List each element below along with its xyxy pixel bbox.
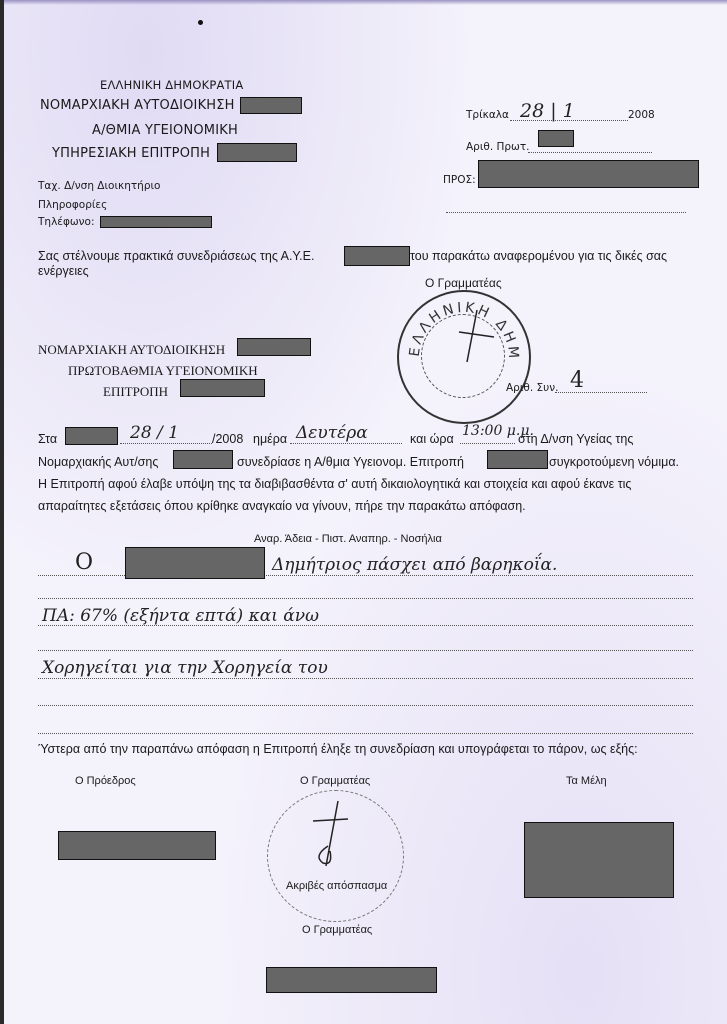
to-label: ΠΡΟΣ: <box>443 174 476 186</box>
committee-heading: ΥΠΗΡΕΣΙΑΚΗ ΕΠΙΤΡΟΠΗ <box>52 146 210 161</box>
redacted-committee-name <box>344 246 410 266</box>
city-label: Τρίκαλα <box>466 109 509 121</box>
redacted-session-committee <box>487 450 548 469</box>
handwritten-decision-line3: Χορηγείται για την Χορηγεία του <box>42 658 328 678</box>
redacted-phone <box>100 216 212 228</box>
redacted-session-prefecture <box>173 450 233 469</box>
address-label: Ταχ. Δ/νση Διοικητήριο <box>38 180 160 192</box>
president-label: Ο Πρόεδρος <box>75 775 136 787</box>
year-label: 2008 <box>628 109 655 121</box>
session-time-label: και ώρα <box>410 432 454 446</box>
handwritten-session-day: Δευτέρα <box>296 423 368 443</box>
redacted-minutes-prefecture <box>237 338 311 356</box>
handwritten-session-date: 28 / 1 <box>130 423 179 443</box>
decision-title: Αναρ. Άδεια - Πιστ. Αναπηρ. - Νοσήλια <box>254 533 442 545</box>
ink-speck <box>198 20 203 25</box>
minutes-committee: ΕΠΙΤΡΟΠΗ <box>103 384 168 400</box>
session-day-dotted-line <box>290 443 402 444</box>
protocol-label: Αριθ. Πρωτ. <box>466 141 530 153</box>
session-number-label: Αριθ. Συν. <box>506 382 558 394</box>
scan-top-edge <box>0 0 727 5</box>
decision-line-6 <box>38 705 693 706</box>
handwritten-decision-prefix: Ο <box>75 550 93 575</box>
decision-line-5 <box>38 678 693 679</box>
intro-text-before: Σας στέλνουμε πρακτικά συνεδριάσεως της … <box>38 249 314 263</box>
svg-text:ΕΛΛΗΝΙΚΗ ΔΗΜΟΚΡΑΤΙΑ: ΕΛΛΗΝΙΚΗ ΔΗΜΟΚΡΑΤΙΑ <box>399 292 521 362</box>
seal-signature-icon: ΕΛΛΗΝΙΚΗ ΔΗΜΟΚΡΑΤΙΑ <box>399 292 529 422</box>
redacted-recipient <box>478 160 699 188</box>
certified-label: Ακριβές απόσπασμα <box>286 880 387 892</box>
session-year: /2008 <box>212 432 243 446</box>
intro-text-line2: ενέργειες <box>38 264 89 278</box>
session-line3: Η Επιτροπή αφού έλαβε υπόψη της τα διαβι… <box>38 477 631 491</box>
certified-signature-icon <box>268 791 403 921</box>
secretary-label: Ο Γραμματέας <box>300 775 370 787</box>
redacted-president-signature <box>58 831 216 860</box>
session-dotted-line <box>555 392 647 393</box>
health-dept-heading: Α/ΘΜΙΑ ΥΓΕΙΟΝΟΜΙΚΗ <box>92 123 238 138</box>
session-line4: απαραίτητες εξετάσεις όπου κρίθηκε αναγκ… <box>38 499 526 513</box>
session-line2-a: Νομαρχιακής Αυτ/σης <box>38 455 158 469</box>
redacted-protocol <box>538 130 574 147</box>
session-day-label: ημέρα <box>253 432 287 446</box>
recipient-dotted-line <box>446 212 686 213</box>
republic-heading: ΕΛΛΗΝΙΚΗ ΔΗΜΟΚΡΑΤΙΑ <box>100 78 243 92</box>
redacted-members-signatures <box>524 822 674 898</box>
redacted-session-place <box>65 427 118 445</box>
redacted-prefecture <box>240 97 302 114</box>
redacted-secretary-signature <box>266 967 437 993</box>
session-at-label: Στα <box>38 432 57 446</box>
handwritten-date: 28 | 1 <box>520 100 575 122</box>
decision-line-7 <box>38 733 693 734</box>
intro-text-after: του παρακάτω αναφερομένου για τις δικές … <box>410 249 667 263</box>
redacted-committee <box>217 143 297 162</box>
phone-label: Τηλέφωνο: <box>38 216 95 228</box>
certified-secretary-label: Ο Γραμματέας <box>302 924 372 936</box>
handwritten-decision-line1: Δημήτριος πάσχει από βαρηκοΐα. <box>272 555 557 575</box>
session-time-dotted-line <box>460 443 515 444</box>
session-line2-c: συγκροτούμενη νόμιμα. <box>549 455 679 469</box>
minutes-health-dept: ΠΡΩΤΟΒΑΘΜΙΑ ΥΓΕΙΟΝΟΜΙΚΗ <box>68 363 258 379</box>
certified-seal-stamp <box>267 790 404 922</box>
decision-line-4 <box>38 650 693 651</box>
protocol-dotted-line <box>528 152 652 153</box>
redacted-minutes-committee <box>180 379 265 397</box>
redacted-patient-name <box>125 547 265 579</box>
official-seal-stamp: ΕΛΛΗΝΙΚΗ ΔΗΜΟΚΡΑΤΙΑ <box>397 290 531 424</box>
info-label: Πληροφορίες <box>38 199 107 211</box>
document-page: ΕΛΛΗΝΙΚΗ ΔΗΜΟΚΡΑΤΙΑ ΝΟΜΑΡΧΙΑΚΗ ΑΥΤΟΔΙΟΙΚ… <box>0 0 727 1024</box>
prefecture-heading: ΝΟΜΑΡΧΙΑΚΗ ΑΥΤΟΔΙΟΙΚΗΣΗ <box>40 98 235 113</box>
session-line2-b: συνεδρίασε η Α/θμια Υγειονομ. Επιτροπή <box>237 455 464 469</box>
scan-left-border <box>0 0 4 1024</box>
intro-secretary-label: Ο Γραμματέας <box>425 276 502 290</box>
minutes-prefecture: ΝΟΜΑΡΧΙΑΚΗ ΑΥΤΟΔΙΟΙΚΗΣΗ <box>38 342 225 358</box>
handwritten-decision-line2: ΠΑ: 67% (εξήντα επτά) και άνω <box>42 606 319 626</box>
decision-line-2 <box>38 598 693 599</box>
members-label: Τα Μέλη <box>566 775 607 787</box>
session-location: στη Δ/νση Υγείας της <box>518 432 633 446</box>
closing-text: Ύστερα από την παραπάνω απόφαση η Επιτρο… <box>38 742 638 756</box>
handwritten-session-number: 4 <box>570 368 584 393</box>
session-date-dotted-line <box>120 443 212 444</box>
